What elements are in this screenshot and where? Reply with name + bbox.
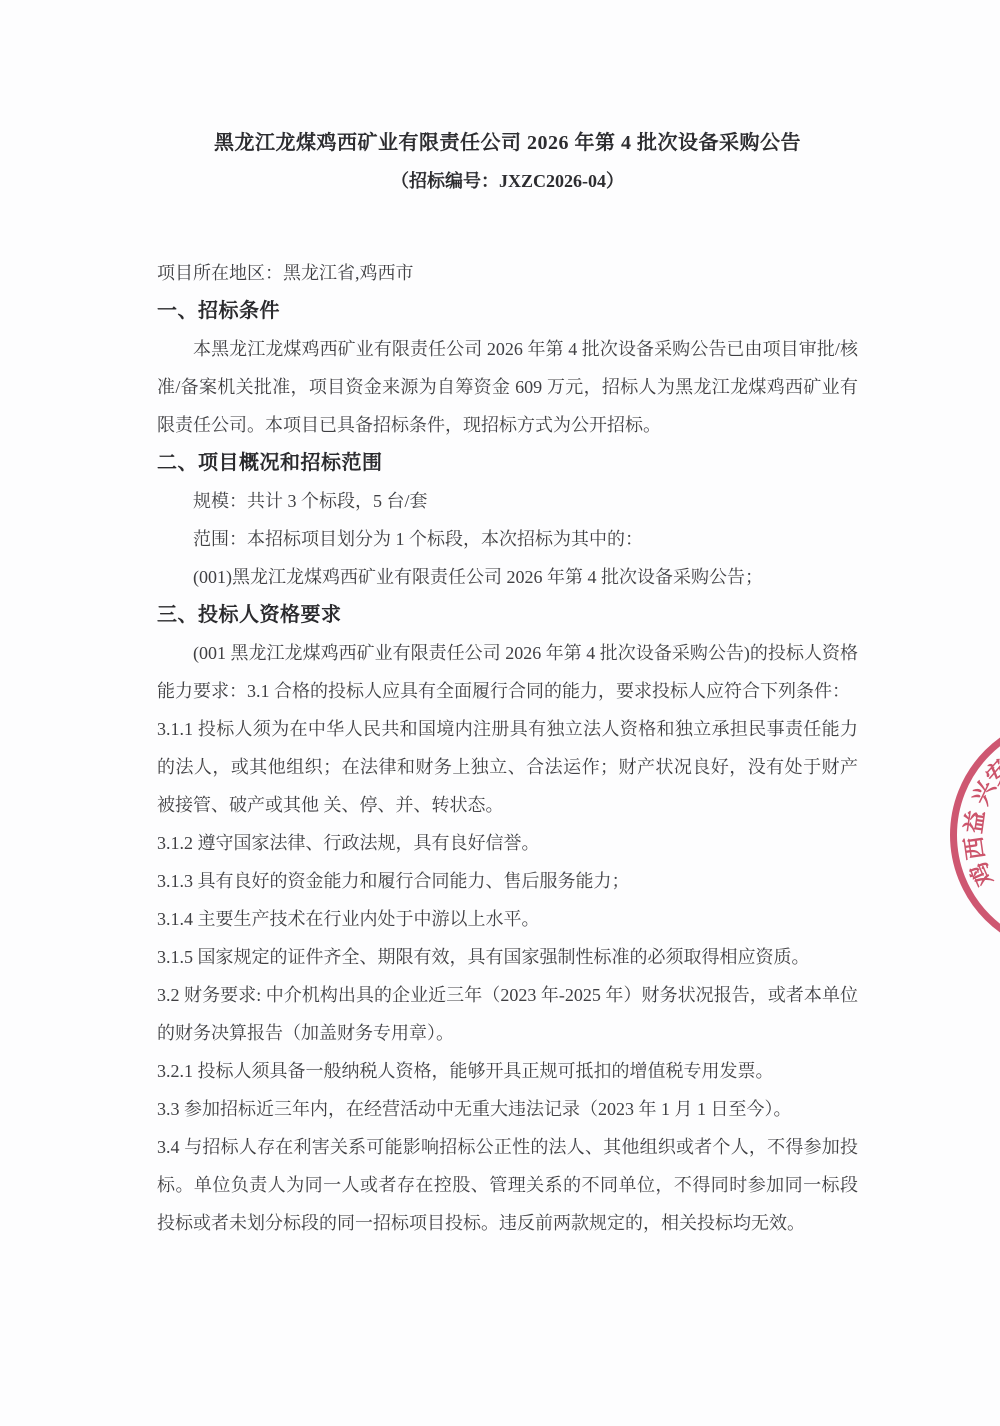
section-1-heading: 一、招标条件: [157, 292, 858, 330]
qualification-paragraph: 3.2 财务要求: 中介机构出具的企业近三年（2023 年-2025 年）财务状…: [157, 976, 858, 1052]
project-location-line: 项目所在地区：黑龙江省,鸡西市: [157, 254, 858, 292]
qualification-paragraph: 3.1.4 主要生产技术在行业内处于中游以上水平。: [157, 900, 858, 938]
section-2-heading: 二、项目概况和招标范围: [157, 444, 858, 482]
qualification-paragraph: 3.1.3 具有良好的资金能力和履行合同能力、售后服务能力；: [157, 862, 858, 900]
qualification-paragraph: 3.4 与招标人存在利害关系可能影响招标公正性的法人、其他组织或者个人，不得参加…: [157, 1128, 858, 1242]
qualification-paragraph: 3.1.1 投标人须为在中华人民共和国境内注册具有独立法人资格和独立承担民事责任…: [157, 710, 858, 824]
section-1-body: 本黑龙江龙煤鸡西矿业有限责任公司 2026 年第 4 批次设备采购公告已由项目审…: [157, 330, 858, 444]
company-seal: 鸡 西 益 兴 安: [950, 715, 1000, 955]
scanned-document-page: 黑龙江龙煤鸡西矿业有限责任公司 2026 年第 4 批次设备采购公告 （招标编号…: [0, 0, 1000, 1426]
document-content: 黑龙江龙煤鸡西矿业有限责任公司 2026 年第 4 批次设备采购公告 （招标编号…: [157, 124, 858, 1242]
seal-character: 益: [962, 809, 988, 835]
bid-number: （招标编号：JXZC2026-04）: [157, 162, 858, 200]
scale-line: 规模：共计 3 个标段，5 台/套: [157, 482, 858, 520]
qualification-paragraph: 3.1.5 国家规定的证件齐全、期限有效，具有国家强制性标准的必须取得相应资质。: [157, 938, 858, 976]
scope-line: 范围：本招标项目划分为 1 个标段，本次招标为其中的：: [157, 520, 858, 558]
seal-character: 鸡: [967, 859, 997, 889]
lot-line: (001)黑龙江龙煤鸡西矿业有限责任公司 2026 年第 4 批次设备采购公告；: [157, 558, 858, 596]
qualification-paragraph: 3.2.1 投标人须具备一般纳税人资格，能够开具正规可抵扣的增值税专用发票。: [157, 1052, 858, 1090]
qualification-paragraph: (001 黑龙江龙煤鸡西矿业有限责任公司 2026 年第 4 批次设备采购公告)…: [157, 634, 858, 710]
seal-character: 西: [962, 835, 988, 861]
qualification-paragraph: 3.1.2 遵守国家法律、行政法规，具有良好信誉。: [157, 824, 858, 862]
qualification-paragraph: 3.3 参加招标近三年内，在经营活动中无重大违法记录（2023 年 1 月 1 …: [157, 1090, 858, 1128]
section-3-heading: 三、投标人资格要求: [157, 596, 858, 634]
document-title: 黑龙江龙煤鸡西矿业有限责任公司 2026 年第 4 批次设备采购公告: [157, 124, 858, 162]
